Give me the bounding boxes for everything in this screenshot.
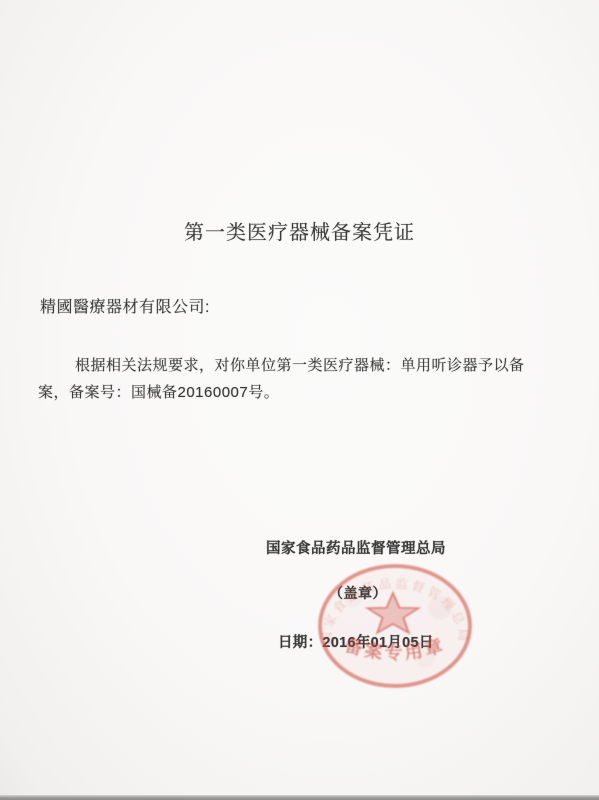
- issuer-name: 国家食品药品监督管理总局: [266, 537, 446, 558]
- certificate-title: 第一类医疗器械备案凭证: [0, 216, 599, 245]
- issue-date: 日期：2016年01月05日: [278, 631, 434, 652]
- certificate-photo: 第一类医疗器械备案凭证 精國醫療器材有限公司: 根据相关法规要求，对你单位第一类…: [0, 0, 599, 800]
- body-line-1: 根据相关法规要求，对你单位第一类医疗器械：单用听诊器予以备: [38, 352, 538, 379]
- photo-bottom-edge: [0, 795, 599, 800]
- official-red-seal-stamp: 国家食品药品监督管理总局 备案专用章: [305, 553, 485, 703]
- seal-instruction: （盖章）: [329, 583, 387, 603]
- company-salutation: 精國醫療器材有限公司:: [40, 294, 210, 317]
- certificate-body: 根据相关法规要求，对你单位第一类医疗器械：单用听诊器予以备 案，备案号：国械备2…: [38, 352, 538, 406]
- body-line-2: 案，备案号：国械备20160007号。: [38, 379, 538, 406]
